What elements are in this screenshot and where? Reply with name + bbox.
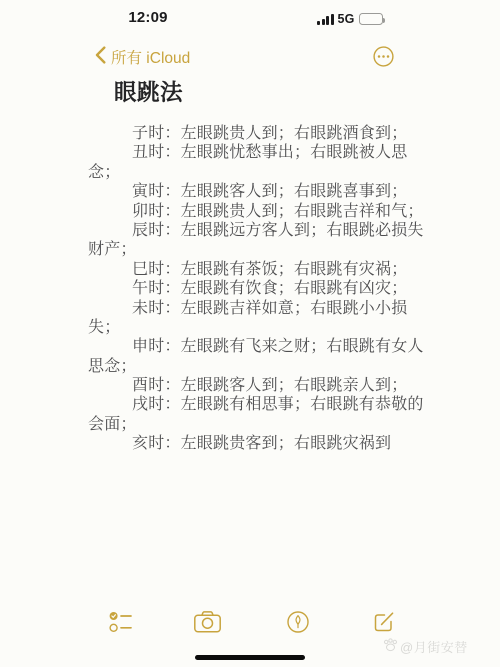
notes-app-screen: 12:09 5G 所有 iCloud 眼跳法 子时：左眼跳贵人到；右眼跳酒食到； [0,0,500,667]
ellipsis-circle-icon [373,54,394,71]
note-line: 子时：左眼跳贵人到；右眼跳酒食到； [88,124,424,143]
watermark: @月街安替 [383,638,468,654]
note-line: 巳时：左眼跳有茶饭；右眼跳有灾祸； [88,260,424,279]
note-line: 卯时：左眼跳贵人到；右眼跳吉祥和气； [88,202,424,221]
note-line: 丑时：左眼跳忧愁事出；右眼跳被人思 [88,143,424,162]
note-line: 念； [88,163,424,182]
compose-button[interactable] [373,611,395,633]
network-type-label: 5G [338,12,355,26]
note-line: 未时：左眼跳吉祥如意；右眼跳小小损 [88,299,424,318]
note-body[interactable]: 子时：左眼跳贵人到；右眼跳酒食到；丑时：左眼跳忧愁事出；右眼跳被人思念；寅时：左… [88,124,424,454]
note-line: 财产； [88,240,424,259]
back-button-label: 所有 iCloud [111,46,190,68]
status-time: 12:09 [124,9,172,26]
markup-button[interactable] [287,611,309,633]
watermark-text: @月街安替 [400,637,468,656]
camera-button[interactable] [194,611,221,633]
note-title[interactable]: 眼跳法 [114,75,183,107]
chevron-left-icon [95,46,106,69]
back-button[interactable]: 所有 iCloud [95,46,190,68]
compose-icon [373,611,395,633]
note-line: 申时：左眼跳有飞来之财；右眼跳有女人 [88,337,424,356]
checklist-button[interactable] [109,611,132,634]
note-line: 戌时：左眼跳有相思事；右眼跳有恭敬的 [88,395,424,414]
cellular-signal-icon [317,14,334,25]
battery-nub [383,18,385,23]
note-line: 思念； [88,357,424,376]
note-line: 辰时：左眼跳远方客人到；右眼跳必损失 [88,221,424,240]
note-line: 亥时：左眼跳贵客到；右眼跳灾祸到 [88,434,424,453]
checklist-icon [109,611,132,634]
more-options-button[interactable] [373,46,394,67]
paw-icon [383,638,398,655]
note-line: 失； [88,318,424,337]
note-line: 会面； [88,415,424,434]
status-right-cluster: 5G [317,11,383,27]
camera-icon [194,611,221,633]
battery-icon [359,13,383,25]
home-indicator[interactable] [195,655,305,660]
note-line: 酉时：左眼跳客人到；右眼跳亲人到； [88,376,424,395]
note-line: 寅时：左眼跳客人到；右眼跳喜事到； [88,182,424,201]
note-line: 午时：左眼跳有饮食；右眼跳有凶灾； [88,279,424,298]
markup-pen-icon [287,611,309,633]
